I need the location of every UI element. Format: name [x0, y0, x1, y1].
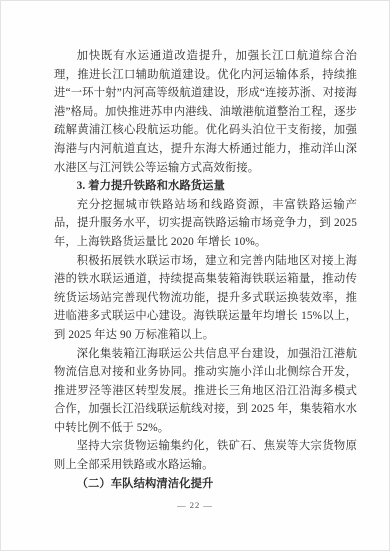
- section-heading-fleet-clean: （二）车队结构清洁化提升: [54, 475, 357, 494]
- document-page: 加快既有水运通道改造提升，加强长江口航道综合治理，推进长江口辅助航道建设。优化内…: [0, 0, 390, 551]
- paragraph-waterway-upgrade: 加快既有水运通道改造提升，加强长江口航道综合治理，推进长江口辅助航道建设。优化内…: [54, 47, 357, 177]
- section-heading-rail-water-freight: 3. 着力提升铁路和水路货运量: [54, 177, 357, 196]
- page-number: — 22 —: [1, 500, 389, 510]
- paragraph-rail-freight-growth: 充分挖掘城市铁路站场和线路资源，丰富铁路运输产品，提升服务水平，切实提高铁路运输…: [54, 196, 357, 252]
- paragraph-bulk-cargo: 坚持大宗货物运输集约化，铁矿石、焦炭等大宗货物原则上全部采用铁路或水路运输。: [54, 437, 357, 474]
- document-content: 加快既有水运通道改造提升，加强长江口航道综合治理，推进长江口辅助航道建设。优化内…: [54, 47, 357, 493]
- paragraph-river-sea-intermodal: 深化集装箱江海联运公共信息平台建设，加强沿江港航物流信息对接和业务协同。推动实施…: [54, 345, 357, 438]
- paragraph-rail-water-intermodal: 积极拓展铁水联运市场，建立和完善内陆地区对接上海港的铁水联运通道，持续提高集装箱…: [54, 252, 357, 345]
